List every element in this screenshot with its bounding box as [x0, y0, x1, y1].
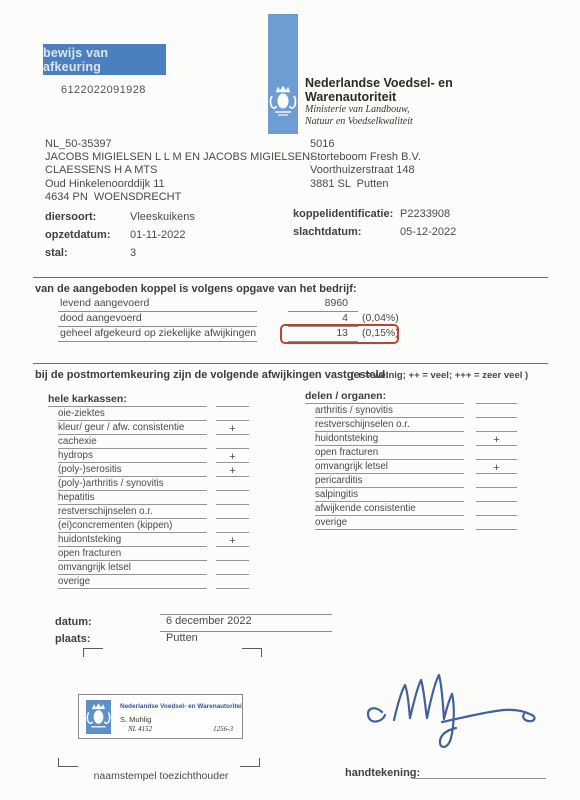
diersoort-label: diersoort:: [45, 211, 96, 223]
address-line: Voorthuizerstraat 148: [310, 164, 421, 177]
address-line: 3881 SL Putten: [310, 178, 421, 191]
org-name: Nederlandse Voedsel- en Warenautoriteit: [305, 77, 453, 104]
finding-row: (poly-)arthritis / synovitis: [48, 477, 249, 491]
finding-row: (poly-)serositis +: [48, 463, 249, 477]
organ-findings-column: delen / organen: arthritis / synovitis r…: [305, 390, 517, 530]
farmer-address: NL_50-35397JACOBS MIGIELSEN L L M EN JAC…: [45, 138, 314, 204]
slachtdatum-label: slachtdatum:: [293, 226, 361, 238]
stal-value: 3: [130, 247, 136, 259]
address-line: Oud Hinkelenoorddijk 11: [45, 178, 314, 191]
signature-label: handtekening:: [345, 767, 420, 779]
inspector-stamp: Nederlandse Voedsel- en Warenautoriteit …: [78, 694, 243, 739]
address-line: CLAESSENS H A MTS: [45, 164, 314, 177]
nvwa-crest-icon: [269, 82, 297, 120]
finding-row: overige: [305, 516, 517, 530]
finding-row: arthritis / synovitis: [305, 404, 517, 418]
corner-mark: [58, 758, 78, 767]
plaats-label: plaats:: [55, 633, 90, 645]
address-line: JACOBS MIGIELSEN L L M EN JACOBS MIGIELS…: [45, 151, 314, 164]
finding-row: restverschijnselen o.r.: [305, 418, 517, 432]
finding-row: open fracturen: [48, 547, 249, 561]
address-line: 4634 PN WOENSDRECHT: [45, 191, 314, 204]
stamp-crest-box: [86, 700, 111, 734]
finding-row: hydrops +: [48, 449, 249, 463]
datum-line: [160, 599, 332, 615]
stal-label: stal:: [45, 247, 68, 259]
finding-row: open fracturen: [305, 446, 517, 460]
finding-row: cachexie: [48, 435, 249, 449]
postmortem-heading: bij de postmortemkeuring zijn de volgend…: [35, 369, 389, 381]
finding-row: hepatitis: [48, 491, 249, 505]
finding-row: oie-ziektes: [48, 407, 249, 421]
organs-column-header: delen / organen:: [305, 390, 517, 404]
finding-row: omvangrijk letsel +: [305, 460, 517, 474]
finding-row: huidontsteking +: [305, 432, 517, 446]
document-title: bewijs van afkeuring: [43, 46, 166, 74]
address-line: 5016: [310, 138, 421, 151]
finding-row: afwijkende consistentie: [305, 502, 517, 516]
finding-row: huidontsteking +: [48, 533, 249, 547]
plaats-value: Putten: [166, 632, 198, 644]
stamp-registration: NL 4152: [128, 725, 152, 733]
stamp-crest-icon: [86, 700, 111, 734]
finding-row: salpingitis: [305, 488, 517, 502]
slaughterhouse-address: 5016Storteboom Fresh B.V.Voorthuizerstra…: [310, 138, 421, 191]
finding-row: overige: [48, 575, 249, 589]
document-title-badge: bewijs van afkeuring: [43, 44, 166, 75]
document-number: 6122022091928: [61, 84, 146, 96]
finding-row: restverschijnselen o.r.: [48, 505, 249, 519]
carcass-column-header: hele karkassen:: [48, 393, 249, 407]
ministry-name: Ministerie van Landbouw, Natuur en Voeds…: [305, 104, 413, 128]
koppelidentificatie-value: P2233908: [400, 208, 450, 220]
stamp-caption: naamstempel toezichthouder: [78, 770, 244, 782]
carcass-findings-column: hele karkassen: oie-ziektes kleur/ geur …: [48, 393, 249, 589]
stamp-code: 1256-3: [213, 725, 233, 733]
corner-mark: [242, 648, 262, 657]
scanned-document: bewijs van afkeuring 6122022091928 Neder…: [0, 0, 580, 800]
section-divider: [33, 363, 548, 364]
address-line: Storteboom Fresh B.V.: [310, 151, 421, 164]
opzetdatum-label: opzetdatum:: [45, 229, 110, 241]
section-divider: [33, 277, 548, 278]
postmortem-legend: ( + = weinig; ++ = veel; +++ = zeer veel…: [351, 370, 528, 381]
diersoort-value: Vleeskuikens: [130, 211, 195, 223]
handwritten-signature: [356, 652, 554, 757]
finding-row: pericarditis: [305, 474, 517, 488]
slachtdatum-value: 05-12-2022: [400, 226, 456, 238]
finding-row: (ei)concrementen (kippen): [48, 519, 249, 533]
corner-mark: [83, 648, 103, 657]
finding-row: kleur/ geur / afw. consistentie +: [48, 421, 249, 435]
stamp-inspector-name: S. Muhlig: [120, 715, 151, 724]
stamp-org-name: Nederlandse Voedsel- en Warenautoriteit: [120, 703, 242, 710]
corner-mark: [240, 758, 260, 767]
koppelidentificatie-label: koppelidentificatie:: [293, 208, 393, 220]
declaration-heading: van de aangeboden koppel is volgens opga…: [35, 283, 357, 295]
datum-label: datum:: [55, 616, 92, 628]
signature-line: [413, 763, 546, 779]
plaats-line: [160, 616, 332, 632]
finding-row: omvangrijk letsel: [48, 561, 249, 575]
red-highlight-annotation: [280, 324, 399, 344]
opzetdatum-value: 01-11-2022: [130, 229, 185, 241]
declaration-row-levend: levend aangevoerd 8960: [0, 297, 580, 312]
address-line: NL_50-35397: [45, 138, 314, 151]
